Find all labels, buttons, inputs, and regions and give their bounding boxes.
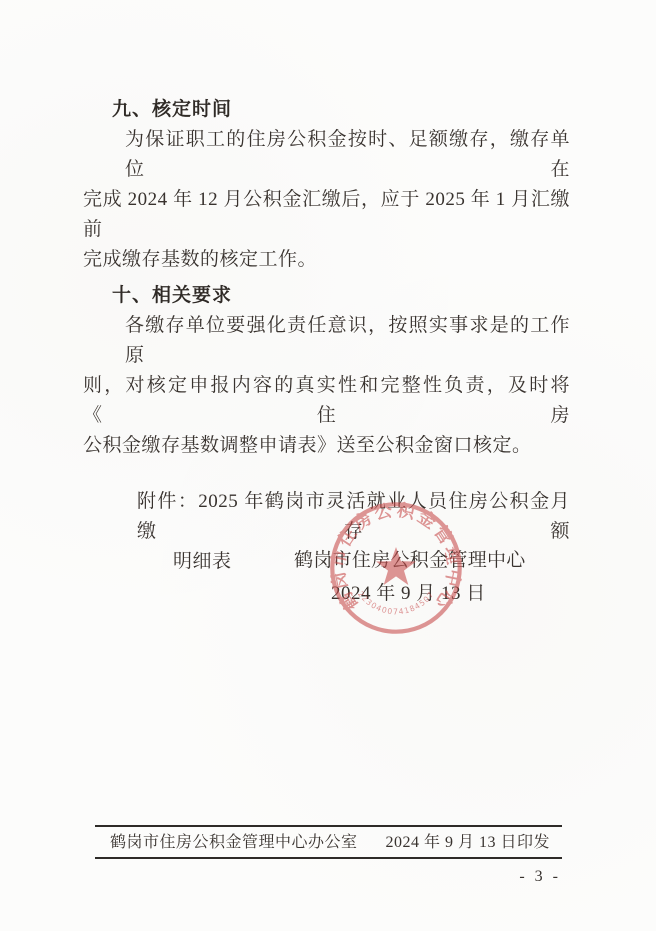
body-line: 为保证职工的住房公积金按时、足额缴存，缴存单位在 — [83, 125, 570, 185]
footer-issuer: 鹤岗市住房公积金管理中心办公室 — [110, 831, 358, 855]
document-page: 九、核定时间 为保证职工的住房公积金按时、足额缴存，缴存单位在 完成 2024 … — [0, 0, 656, 931]
body-line: 公积金缴存基数调整申请表》送至公积金窗口核定。 — [83, 431, 570, 461]
signature-org: 鹤岗市住房公积金管理中心 — [294, 550, 526, 572]
section-9-heading: 九、核定时间 — [83, 95, 570, 125]
body-line: 完成 2024 年 12 月公积金汇缴后，应于 2025 年 1 月汇缴前 — [83, 185, 570, 245]
attachment-line: 附件：2025 年鹤岗市灵活就业人员住房公积金月缴存额 — [83, 487, 570, 547]
section-10-heading: 十、相关要求 — [83, 281, 570, 311]
body-line: 各缴存单位要强化责任意识，按照实事求是的工作原 — [83, 311, 570, 371]
footer-print-date: 2024 年 9 月 13 日印发 — [385, 831, 550, 855]
document-body: 九、核定时间 为保证职工的住房公积金按时、足额缴存，缴存单位在 完成 2024 … — [83, 95, 570, 577]
body-line: 完成缴存基数的核定工作。 — [83, 245, 570, 275]
footer-rule-top — [95, 825, 562, 827]
footer-rule-bottom — [95, 857, 562, 859]
body-line: 则，对核定申报内容的真实性和完整性负责，及时将《住房 — [83, 371, 570, 431]
footer-issuer-row: 鹤岗市住房公积金管理中心办公室 2024 年 9 月 13 日印发 — [95, 831, 562, 855]
signature-date: 2024 年 9 月 13 日 — [331, 583, 486, 605]
page-number: - 3 - — [519, 867, 561, 887]
